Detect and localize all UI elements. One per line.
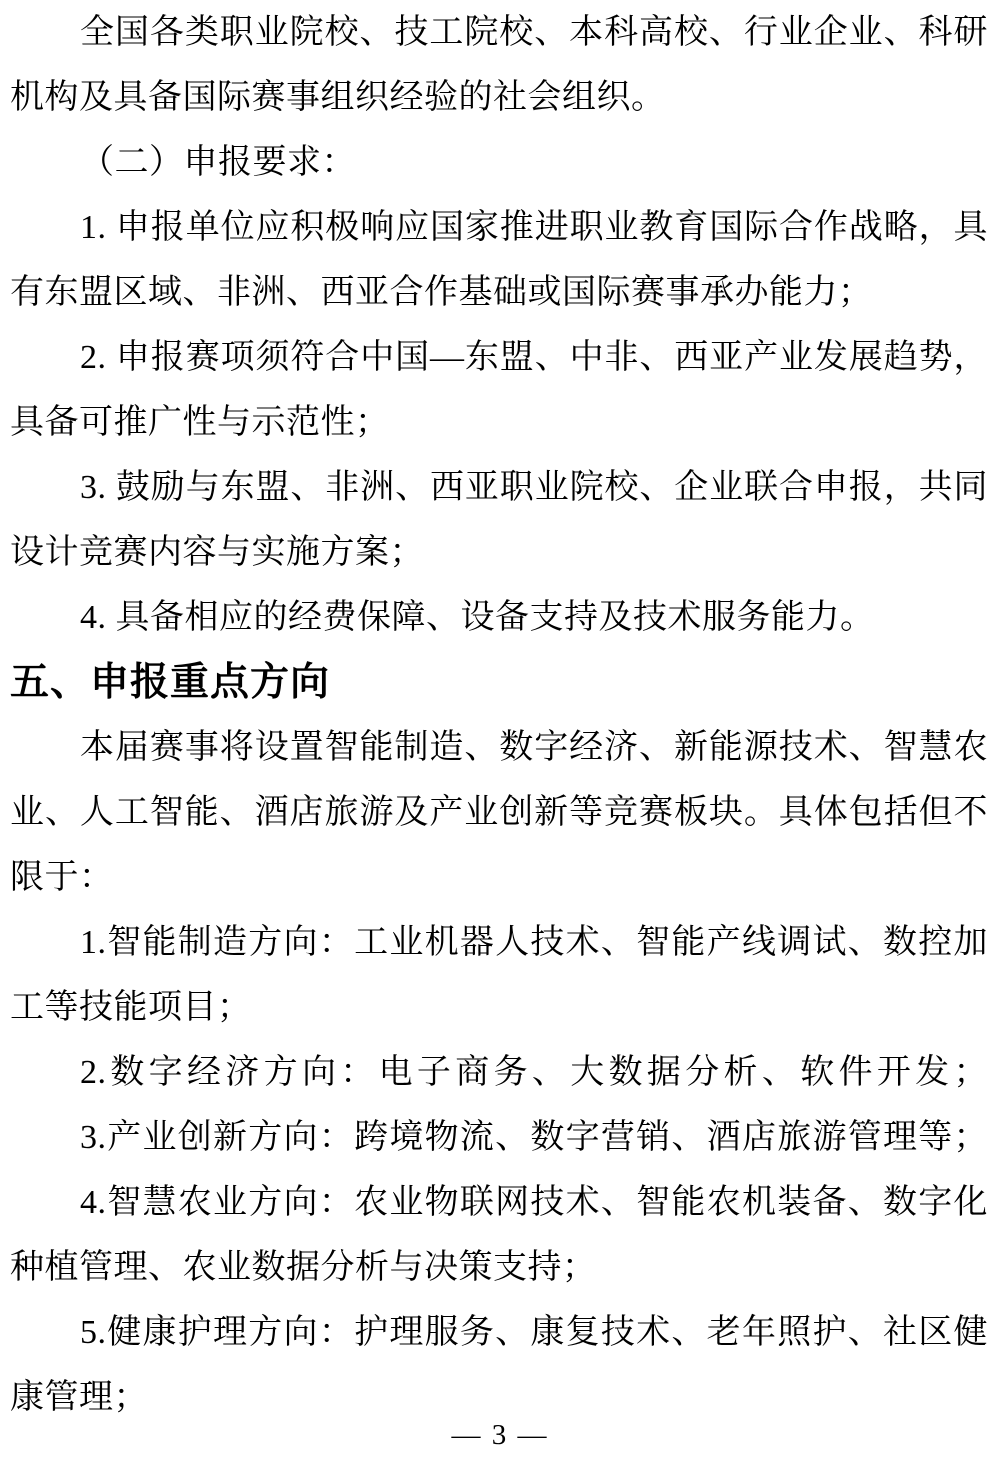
text-line: 3. 鼓励与东盟、非洲、西亚职业院校、企业联合申报，共同 bbox=[10, 455, 988, 520]
text-line: 5.健康护理方向：护理服务、康复技术、老年照护、社区健 bbox=[10, 1300, 988, 1365]
text-line: 限于： bbox=[10, 845, 988, 910]
text-line: 2. 申报赛项须符合中国—东盟、中非、西亚产业发展趋势， bbox=[10, 325, 988, 390]
text-line: 工等技能项目； bbox=[10, 975, 988, 1040]
document-body: 全国各类职业院校、技工院校、本科高校、行业企业、科研 机构及具备国际赛事组织经验… bbox=[10, 0, 988, 1430]
text-line: （二）申报要求： bbox=[10, 130, 988, 195]
text-line: 有东盟区域、非洲、西亚合作基础或国际赛事承办能力； bbox=[10, 260, 988, 325]
text-line: 2.数字经济方向：电子商务、大数据分析、软件开发； bbox=[10, 1040, 988, 1105]
text-line: 本届赛事将设置智能制造、数字经济、新能源技术、智慧农 bbox=[10, 715, 988, 780]
text-line: 业、人工智能、酒店旅游及产业创新等竞赛板块。具体包括但不 bbox=[10, 780, 988, 845]
document-page: 全国各类职业院校、技工院校、本科高校、行业企业、科研 机构及具备国际赛事组织经验… bbox=[0, 0, 1000, 1464]
text-line: 1. 申报单位应积极响应国家推进职业教育国际合作战略，具 bbox=[10, 195, 988, 260]
text-line: 1.智能制造方向：工业机器人技术、智能产线调试、数控加 bbox=[10, 910, 988, 975]
text-line: 设计竞赛内容与实施方案； bbox=[10, 520, 988, 585]
section-heading: 五、申报重点方向 bbox=[10, 650, 988, 715]
page-number: — 3 — bbox=[0, 1419, 1000, 1452]
text-line: 具备可推广性与示范性； bbox=[10, 390, 988, 455]
text-line: 种植管理、农业数据分析与决策支持； bbox=[10, 1235, 988, 1300]
text-line: 4. 具备相应的经费保障、设备支持及技术服务能力。 bbox=[10, 585, 988, 650]
text-line: 4.智慧农业方向：农业物联网技术、智能农机装备、数字化 bbox=[10, 1170, 988, 1235]
text-line: 3.产业创新方向：跨境物流、数字营销、酒店旅游管理等； bbox=[10, 1105, 988, 1170]
text-line: 全国各类职业院校、技工院校、本科高校、行业企业、科研 bbox=[10, 0, 988, 65]
text-line: 机构及具备国际赛事组织经验的社会组织。 bbox=[10, 65, 988, 130]
